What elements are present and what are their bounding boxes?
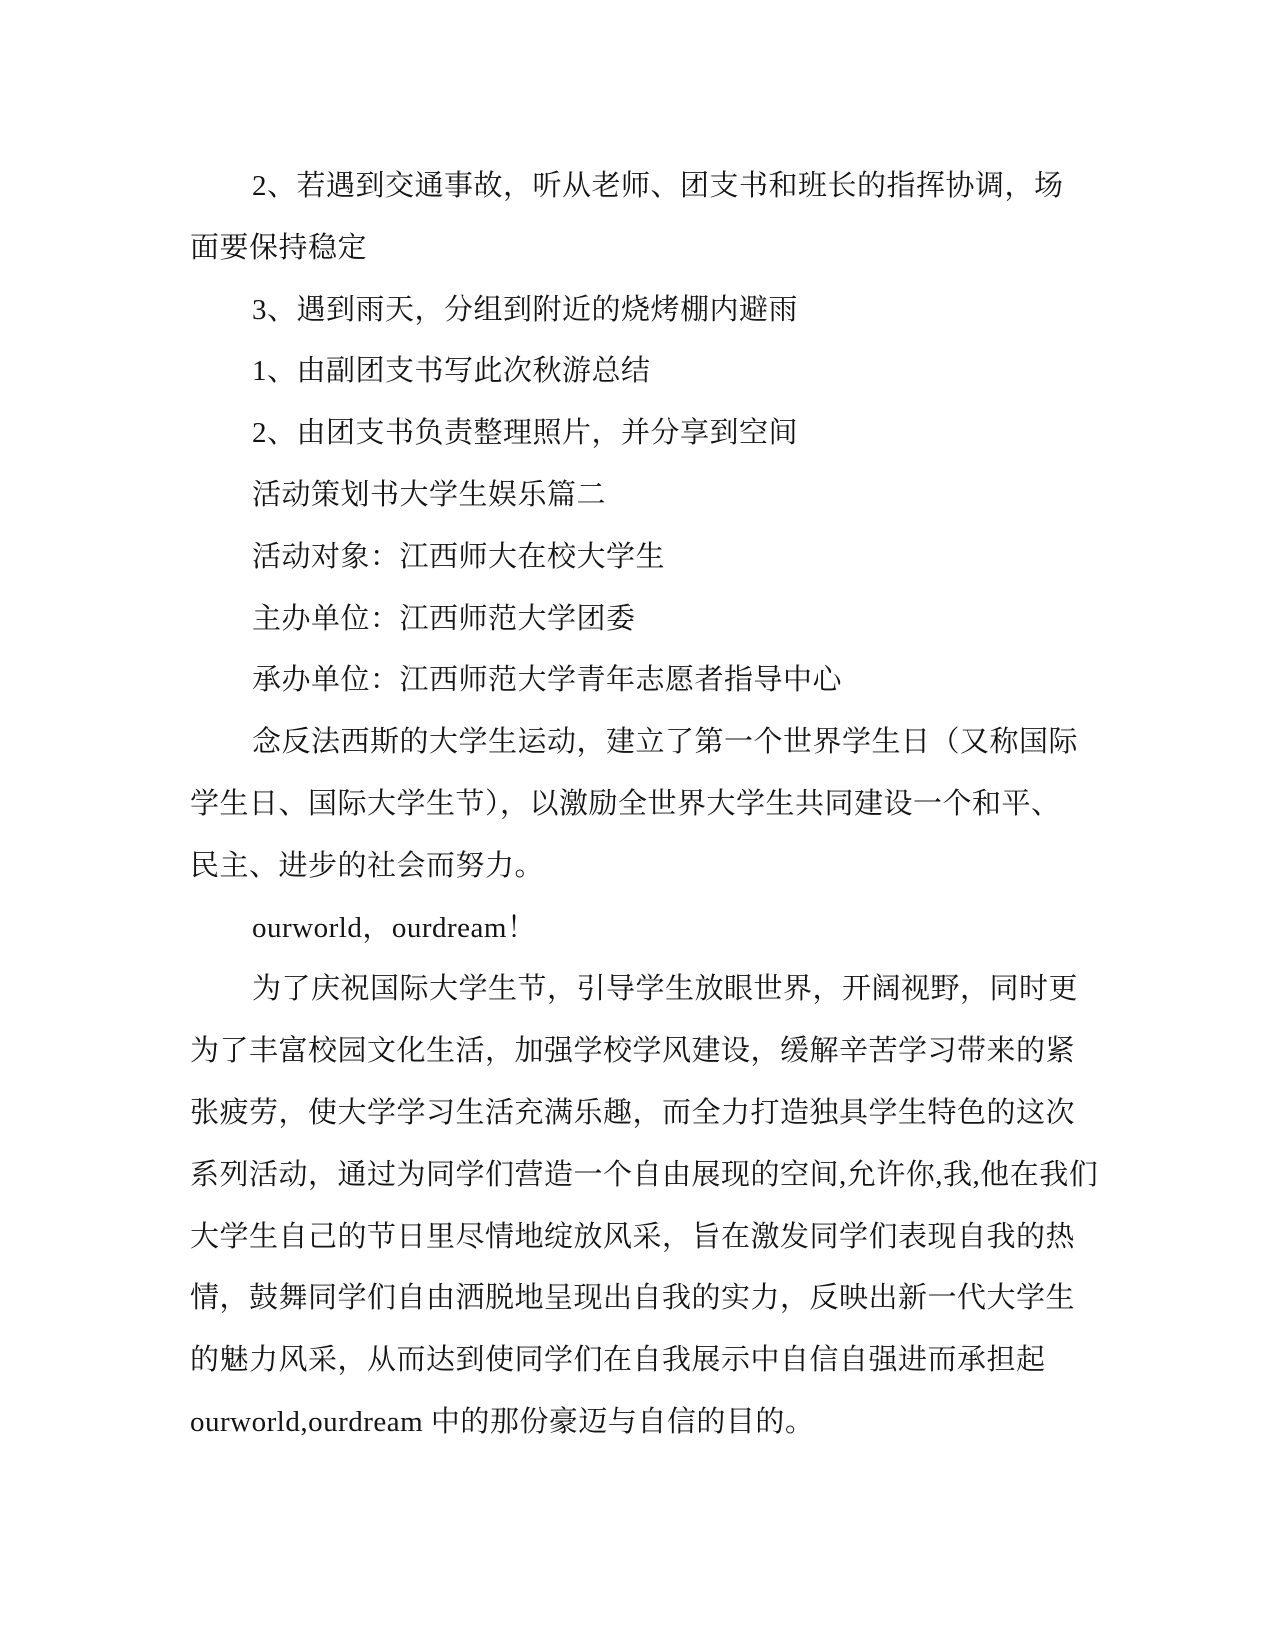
text-line: 为了庆祝国际大学生节，引导学生放眼世界，开阔视野，同时更: [190, 959, 1110, 1021]
text-line: 情，鼓舞同学们自由洒脱地呈现出自我的实力，反映出新一代大学生: [190, 1268, 1110, 1330]
text-line: 系列活动，通过为同学们营造一个自由展现的空间,允许你,我,他在我们: [190, 1145, 1110, 1207]
text-line: 民主、进步的社会而努力。: [190, 836, 1110, 898]
text-line: 2、若遇到交通事故，听从老师、团支书和班长的指挥协调，场: [190, 156, 1110, 218]
document-content: 2、若遇到交通事故，听从老师、团支书和班长的指挥协调，场面要保持稳定3、遇到雨天…: [190, 156, 1110, 1454]
document-page: 2、若遇到交通事故，听从老师、团支书和班长的指挥协调，场面要保持稳定3、遇到雨天…: [0, 0, 1275, 1650]
document-body: { "page": { "background_color": "#ffffff…: [0, 0, 1275, 1650]
text-line: ourworld,ourdream 中的那份豪迈与自信的目的。: [190, 1392, 1110, 1454]
text-line: 活动对象：江西师大在校大学生: [190, 527, 1110, 589]
text-line: 的魅力风采，从而达到使同学们在自我展示中自信自强进而承担起: [190, 1330, 1110, 1392]
text-line: 为了丰富校园文化生活，加强学校学风建设，缓解辛苦学习带来的紧: [190, 1021, 1110, 1083]
text-line: 面要保持稳定: [190, 218, 1110, 280]
text-line: ourworld，ourdream！: [190, 898, 1110, 960]
text-line: 2、由团支书负责整理照片，并分享到空间: [190, 403, 1110, 465]
text-line: 活动策划书大学生娱乐篇二: [190, 465, 1110, 527]
text-line: 学生日、国际大学生节），以激励全世界大学生共同建设一个和平、: [190, 774, 1110, 836]
text-line: 念反法西斯的大学生运动，建立了第一个世界学生日（又称国际: [190, 712, 1110, 774]
text-line: 3、遇到雨天，分组到附近的烧烤棚内避雨: [190, 280, 1110, 342]
text-line: 承办单位：江西师范大学青年志愿者指导中心: [190, 650, 1110, 712]
text-line: 1、由副团支书写此次秋游总结: [190, 341, 1110, 403]
text-line: 主办单位：江西师范大学团委: [190, 589, 1110, 651]
text-line: 张疲劳，使大学学习生活充满乐趣，而全力打造独具学生特色的这次: [190, 1083, 1110, 1145]
text-line: 大学生自己的节日里尽情地绽放风采，旨在激发同学们表现自我的热: [190, 1207, 1110, 1269]
